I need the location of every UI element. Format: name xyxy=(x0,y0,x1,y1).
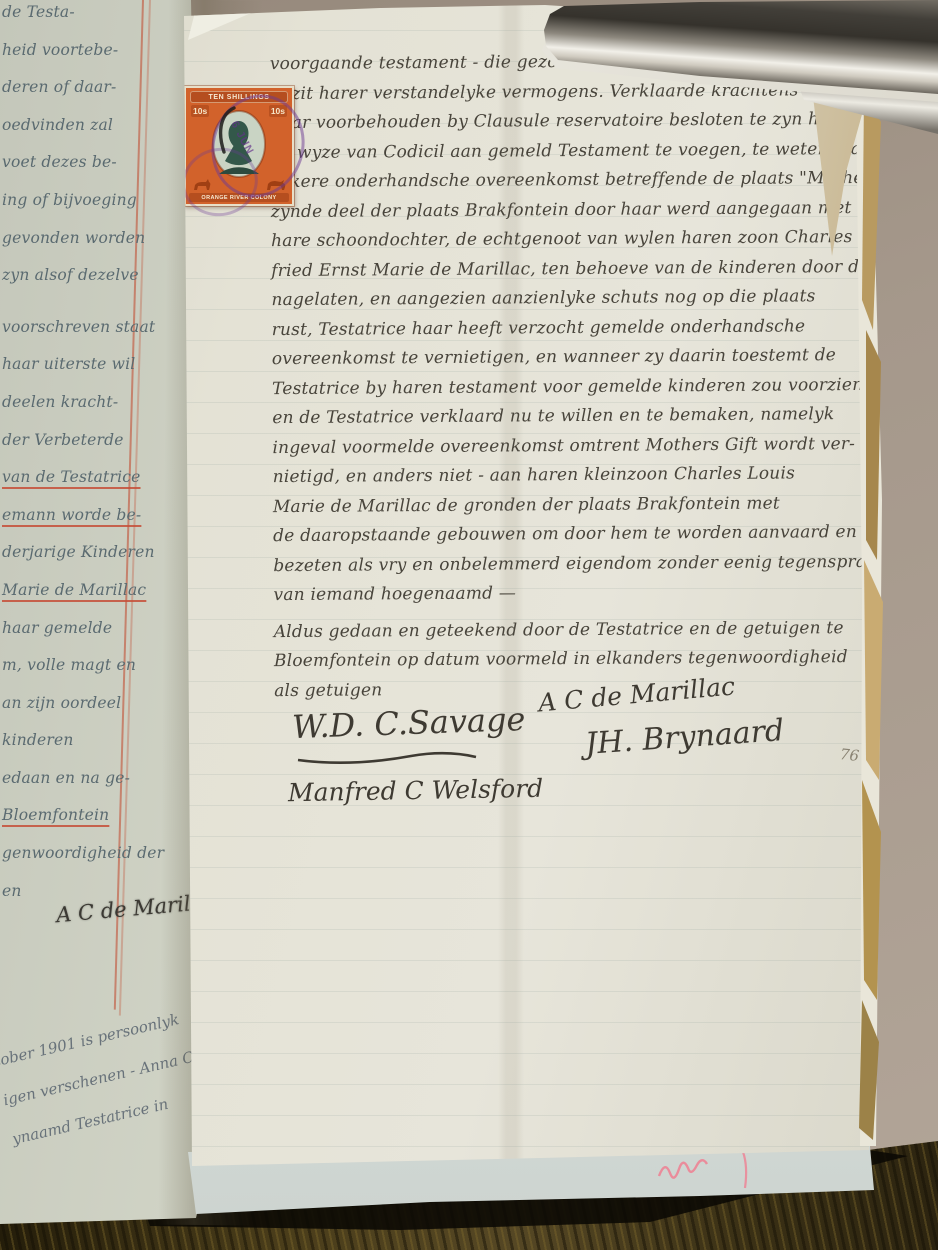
torn-fragment xyxy=(0,0,938,1250)
torn-fragment xyxy=(0,0,938,1250)
document-photo: de Testa- heid voortebe- deren of daar- … xyxy=(0,0,938,1250)
page-edge-strip xyxy=(0,0,938,1250)
torn-fragment xyxy=(0,0,938,1250)
torn-page-edges xyxy=(0,0,938,1250)
torn-fragment xyxy=(0,0,938,1250)
torn-fragment xyxy=(0,0,938,1250)
